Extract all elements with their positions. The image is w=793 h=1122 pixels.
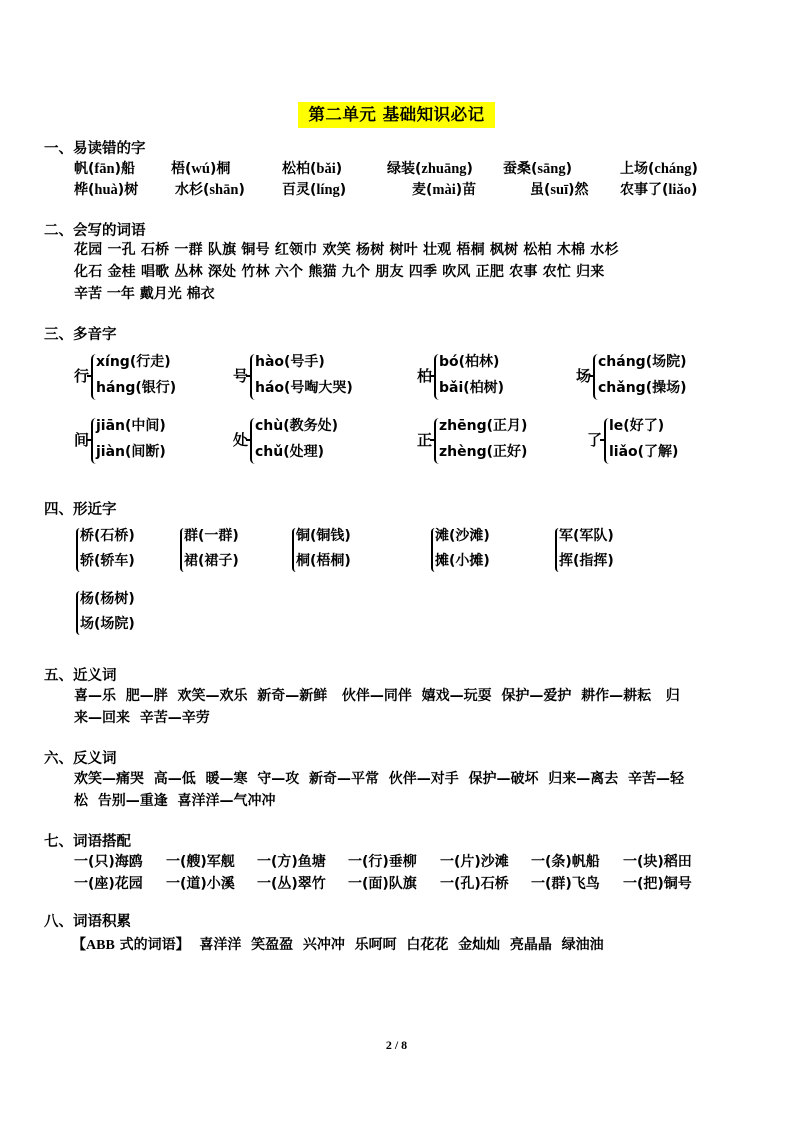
word-pairing-item: 一(条)帆船	[531, 852, 600, 872]
similar-char-2: 裙(裙子)	[184, 551, 239, 571]
word-pairing-item: 一(把)铜号	[623, 874, 692, 894]
item-pinyin: bǎi	[316, 161, 335, 177]
item-chars-after: )	[336, 161, 342, 177]
item-pinyin: liǎo	[668, 182, 691, 198]
polyphone-reading-2: chǔ(处理)	[255, 442, 324, 462]
misread-char-item: 松柏(bǎi)	[282, 159, 342, 179]
item-pinyin: suī	[550, 182, 568, 198]
writing-words-line-1: 花园 一孔 石桥 一群 队旗 铜号 红领巾 欢笑 杨树 树叶 壮观 梧桐 枫树 …	[74, 240, 619, 260]
item-chars-after: )桐	[210, 161, 230, 177]
word-pairing-item: 一(方)鱼塘	[257, 852, 326, 872]
misread-char-item: 农事了(liǎo)	[620, 180, 697, 200]
polyphone-reading-1: chù(教务处)	[255, 416, 338, 436]
item-chars-before: 农事了(	[620, 182, 668, 198]
similar-char-1: 桥(石桥)	[80, 526, 135, 546]
item-pinyin: sāng	[537, 161, 565, 177]
item-chars-before: 帆(	[74, 161, 94, 177]
similar-char-1: 滩(沙滩)	[435, 526, 490, 546]
item-chars-after: )然	[568, 182, 588, 198]
item-pinyin: cháng	[654, 161, 691, 177]
item-pinyin: fān	[94, 161, 114, 177]
polyphone-reading-2: liǎo(了解)	[609, 442, 678, 462]
item-chars-after: )	[566, 161, 572, 177]
item-chars-after: )	[467, 161, 473, 177]
misread-char-item: 绿装(zhuāng)	[387, 159, 473, 179]
section-title-synonyms: 五、近义词	[44, 667, 117, 685]
writing-words-line-2: 化石 金桂 唱歌 丛林 深处 竹林 六个 熊猫 九个 朋友 四季 吹风 正肥 农…	[74, 262, 605, 282]
polyphone-reading-2: zhèng(正好)	[439, 442, 527, 462]
item-chars-before: 桦(	[74, 182, 94, 198]
item-chars-before: 梧(	[171, 161, 191, 177]
item-chars-before: 上场(	[620, 161, 654, 177]
item-chars-after: )苗	[456, 182, 476, 198]
similar-char-1: 群(一群)	[184, 526, 239, 546]
item-chars-after: )	[340, 182, 346, 198]
polyphone-reading-1: le(好了)	[609, 416, 664, 436]
word-pairing-item: 一(片)沙滩	[440, 852, 509, 872]
polyphone-reading-1: cháng(场院)	[598, 352, 687, 372]
word-pairing-item: 一(道)小溪	[166, 874, 235, 894]
polyphone-reading-1: jiān(中间)	[96, 416, 166, 436]
item-pinyin: zhuāng	[421, 161, 466, 177]
section-title-word-accumulation: 八、词语积累	[44, 913, 131, 931]
misread-char-item: 麦(mài)苗	[412, 180, 476, 200]
section-title-misread-chars: 一、易读错的字	[44, 140, 146, 158]
item-chars-before: 绿装(	[387, 161, 421, 177]
writing-words-line-3: 辛苦 一年 戴月光 棉衣	[74, 284, 215, 304]
item-pinyin: shān	[209, 182, 238, 198]
misread-char-item: 帆(fān)船	[74, 159, 135, 179]
item-chars-after: )	[691, 161, 697, 177]
similar-char-2: 场(场院)	[80, 614, 135, 634]
synonyms-line-2: 来—回来 辛苦—辛劳	[74, 708, 210, 728]
word-pairing-item: 一(座)花园	[74, 874, 143, 894]
polyphone-reading-2: háo(号啕大哭)	[255, 378, 353, 398]
polyphone-reading-1: hào(号手)	[255, 352, 325, 372]
word-pairing-item: 一(行)垂柳	[348, 852, 417, 872]
section-title-word-pairing: 七、词语搭配	[44, 833, 131, 851]
item-pinyin: wú	[191, 161, 210, 177]
polyphone-reading-2: háng(银行)	[96, 378, 176, 398]
word-pairing-item: 一(群)飞鸟	[531, 874, 600, 894]
misread-char-item: 蚕桑(sāng)	[503, 159, 572, 179]
section-title-writing-words: 二、会写的词语	[44, 222, 146, 240]
word-pairing-item: 一(艘)军舰	[166, 852, 235, 872]
word-pairing-item: 一(只)海鸥	[74, 852, 143, 872]
misread-char-item: 梧(wú)桐	[171, 159, 230, 179]
item-chars-before: 水杉(	[175, 182, 209, 198]
page-title: 第二单元 基础知识必记	[298, 102, 495, 128]
item-chars-before: 百灵(	[282, 182, 316, 198]
abb-words: 喜洋洋 笑盈盈 兴冲冲 乐呵呵 白花花 金灿灿 亮晶晶 绿油油	[199, 937, 603, 953]
item-pinyin: huà	[94, 182, 117, 198]
similar-char-2: 挥(指挥)	[559, 551, 614, 571]
similar-char-1: 铜(铜钱)	[296, 526, 351, 546]
item-chars-before: 蚕桑(	[503, 161, 537, 177]
word-pairing-item: 一(丛)翠竹	[257, 874, 326, 894]
polyphone-reading-1: xíng(行走)	[96, 352, 171, 372]
item-chars-before: 虽(	[530, 182, 550, 198]
antonyms-line-2: 松 告别—重逢 喜洋洋—气冲冲	[74, 791, 276, 811]
misread-char-item: 百灵(líng)	[282, 180, 346, 200]
word-pairing-item: 一(面)队旗	[348, 874, 417, 894]
polyphone-reading-2: jiàn(间断)	[96, 442, 166, 462]
abb-label-rest: 式的词语】	[115, 937, 190, 953]
item-chars-before: 松柏(	[282, 161, 316, 177]
polyphone-reading-2: chǎng(操场)	[598, 378, 687, 398]
item-chars-before: 麦(	[412, 182, 432, 198]
item-chars-after: )	[238, 182, 244, 198]
similar-char-1: 军(军队)	[559, 526, 614, 546]
synonyms-line-1: 喜—乐 肥—胖 欢笑—欢乐 新奇—新鲜 伙伴—同伴 嬉戏—玩耍 保护—爱护 耕作…	[74, 686, 680, 706]
word-pairing-item: 一(块)稻田	[623, 852, 692, 872]
abb-words-line: 【ABB 式的词语】 喜洋洋 笑盈盈 兴冲冲 乐呵呵 白花花 金灿灿 亮晶晶 绿…	[72, 935, 604, 956]
item-pinyin: líng	[316, 182, 339, 198]
similar-char-2: 轿(轿车)	[80, 551, 135, 571]
misread-char-item: 桦(huà)树	[74, 180, 138, 200]
misread-char-item: 水杉(shān)	[175, 180, 245, 200]
section-title-polyphones: 三、多音字	[44, 326, 117, 344]
abb-label: ABB	[86, 938, 115, 953]
page-number: 2 / 8	[0, 1038, 793, 1053]
section-title-similar-chars: 四、形近字	[44, 501, 117, 519]
misread-char-item: 虽(suī)然	[530, 180, 589, 200]
polyphone-reading-1: zhēng(正月)	[439, 416, 527, 436]
word-pairing-item: 一(孔)石桥	[440, 874, 509, 894]
similar-char-1: 杨(杨树)	[80, 589, 135, 609]
similar-char-2: 摊(小摊)	[435, 551, 490, 571]
section-title-antonyms: 六、反义词	[44, 750, 117, 768]
similar-char-2: 桐(梧桐)	[296, 551, 351, 571]
polyphone-reading-2: bǎi(柏树)	[439, 378, 504, 398]
antonyms-line-1: 欢笑—痛哭 高—低 暖—寒 守—攻 新奇—平常 伙伴—对手 保护—破坏 归来—离…	[74, 769, 684, 789]
item-pinyin: mài	[432, 182, 455, 198]
abb-label-open: 【	[72, 937, 86, 953]
item-chars-after: )	[691, 182, 697, 198]
polyphone-reading-1: bó(柏林)	[439, 352, 499, 372]
item-chars-after: )树	[118, 182, 138, 198]
misread-char-item: 上场(cháng)	[620, 159, 698, 179]
item-chars-after: )船	[115, 161, 135, 177]
